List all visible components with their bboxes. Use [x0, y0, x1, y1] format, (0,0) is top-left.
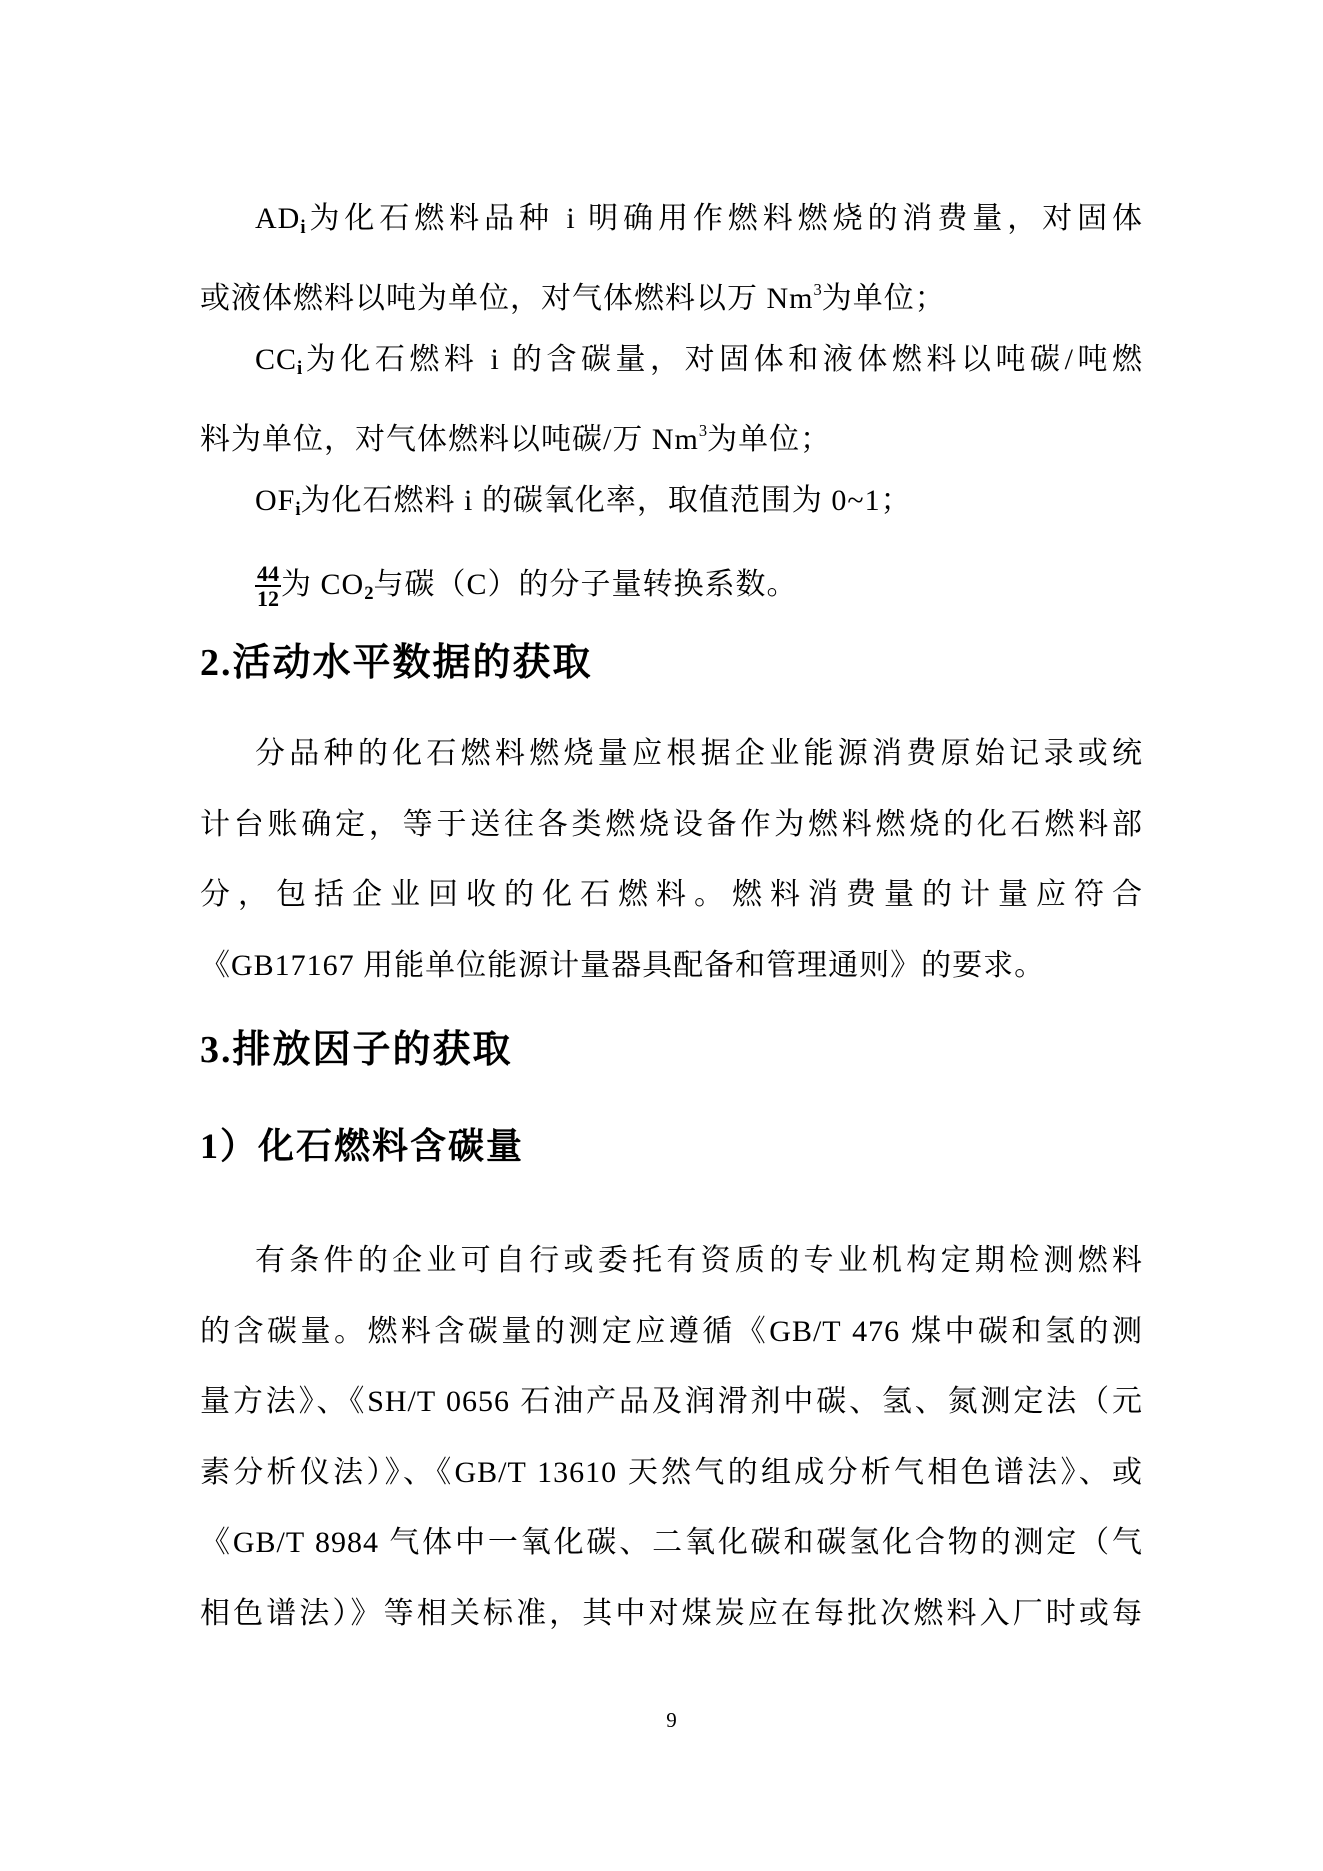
variable-ofi: OFi	[255, 484, 301, 517]
section-heading-emission-factor: 3.排放因子的获取	[200, 1020, 1143, 1080]
nm3-superscript: 3	[814, 280, 822, 299]
paragraph-line: 相色谱法）》等相关标准，其中对煤炭应在每批次燃料入厂时或每	[200, 1579, 1143, 1650]
fraction-numerator: 44	[255, 562, 281, 587]
page-number: 9	[200, 1702, 1143, 1738]
variable-adi: ADi	[255, 202, 306, 235]
paragraph-line: 计台账确定，等于送往各类燃烧设备作为燃料燃烧的化石燃料部	[200, 790, 1143, 861]
definition-fraction-line: 4412为 CO2与碳（C）的分子量转换系数。	[200, 537, 1143, 632]
nm3-superscript: 3	[699, 421, 707, 440]
variable-ofi-symbol: OF	[255, 484, 295, 517]
definition-cci-line2-text: 料为单位，对气体燃料以吨碳/万 Nm	[200, 423, 699, 456]
paragraph-line: 《GB17167 用能单位能源计量器具配备和管理通则》的要求。	[200, 931, 1143, 1002]
definition-ofi-text: 为化石燃料 i 的碳氧化率，取值范围为 0~1；	[301, 484, 912, 517]
paragraph-line: 分，包括企业回收的化石燃料。燃料消费量的计量应符合	[200, 860, 1143, 931]
variable-adi-symbol: AD	[255, 202, 300, 235]
definition-ofi-line: OFi为化石燃料 i 的碳氧化率，取值范围为 0~1；	[200, 466, 1143, 537]
definition-cci-text: 为化石燃料 i 的含碳量，对固体和液体燃料以吨碳/吨燃	[302, 343, 1143, 376]
fraction-line-text: 为 CO	[281, 568, 364, 601]
paragraph-line: 素分析仪法）》、《GB/T 13610 天然气的组成分析气相色谱法》、或	[200, 1438, 1143, 1509]
fraction-44-12: 4412	[255, 562, 281, 610]
definition-adi-line2-tail: 为单位；	[822, 282, 946, 315]
paragraph-line: 分品种的化石燃料燃烧量应根据企业能源消费原始记录或统	[200, 719, 1143, 790]
variable-cci: CCi	[255, 343, 302, 376]
definition-cci-line2-tail: 为单位；	[707, 423, 831, 456]
definition-cci-line1: CCi为化石燃料 i 的含碳量，对固体和液体燃料以吨碳/吨燃	[200, 325, 1143, 396]
paragraph-line: 量方法》、《SH/T 0656 石油产品及润滑剂中碳、氢、氮测定法（元	[200, 1367, 1143, 1438]
document-page: ADi为化石燃料品种 i 明确用作燃料燃烧的消费量，对固体 或液体燃料以吨为单位…	[0, 0, 1323, 1871]
definition-adi-line2-text: 或液体燃料以吨为单位，对气体燃料以万 Nm	[200, 282, 814, 315]
variable-cci-symbol: CC	[255, 343, 297, 376]
definition-adi-text: 为化石燃料品种 i 明确用作燃料燃烧的消费量，对固体	[306, 202, 1143, 235]
activity-data-paragraph: 分品种的化石燃料燃烧量应根据企业能源消费原始记录或统 计台账确定，等于送往各类燃…	[200, 719, 1143, 1001]
fraction-line-tail: 与碳（C）的分子量转换系数。	[373, 568, 797, 601]
definitions-section: ADi为化石燃料品种 i 明确用作燃料燃烧的消费量，对固体 或液体燃料以吨为单位…	[200, 184, 1143, 632]
paragraph-line: 的含碳量。燃料含碳量的测定应遵循《GB/T 476 煤中碳和氢的测	[200, 1297, 1143, 1368]
definition-adi-line1: ADi为化石燃料品种 i 明确用作燃料燃烧的消费量，对固体	[200, 184, 1143, 255]
section-heading-activity-data: 2.活动水平数据的获取	[200, 633, 1143, 693]
carbon-content-paragraph: 有条件的企业可自行或委托有资质的专业机构定期检测燃料 的含碳量。燃料含碳量的测定…	[200, 1226, 1143, 1649]
subheading-carbon-content: 1）化石燃料含碳量	[200, 1118, 1143, 1174]
definition-adi-line2: 或液体燃料以吨为单位，对气体燃料以万 Nm3为单位；	[200, 255, 1143, 326]
paragraph-line: 《GB/T 8984 气体中一氧化碳、二氧化碳和碳氢化合物的测定（气	[200, 1508, 1143, 1579]
paragraph-line: 有条件的企业可自行或委托有资质的专业机构定期检测燃料	[200, 1226, 1143, 1297]
fraction-denominator: 12	[255, 587, 281, 610]
definition-cci-line2: 料为单位，对气体燃料以吨碳/万 Nm3为单位；	[200, 396, 1143, 467]
